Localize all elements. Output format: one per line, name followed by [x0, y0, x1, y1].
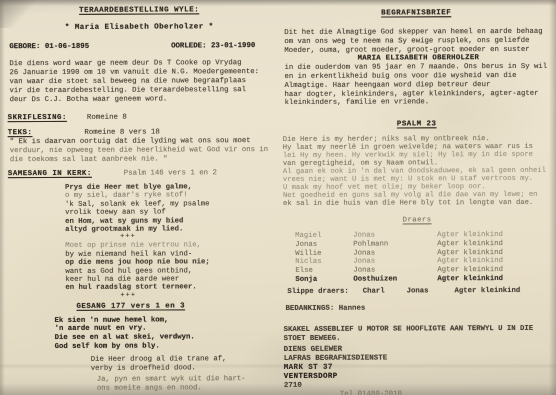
- page-content: TERAARDEBESTELLING WYLE: * Maria Elisabe…: [0, 0, 556, 395]
- last-name: Jonas: [353, 258, 437, 267]
- samesang-label: SAMESANG IN KERK:: [8, 170, 92, 178]
- teks-quote: " Ek is daarvan oortuig dat die lyding w…: [8, 137, 272, 165]
- gesang-heading: GESANG 177 vers 1 en 3: [76, 302, 272, 311]
- scan-edge-left: [0, 0, 5, 395]
- first-name: Magiel: [295, 232, 353, 241]
- samesang-value: Psalm 146 vers 1 en 2: [124, 169, 217, 177]
- text-line: en in erkentlikheid buig ons voor die wy…: [284, 72, 552, 82]
- table-row: NiclasJonasAgter kleinkind: [295, 257, 553, 267]
- pallbearers-table: MagielJonasAgter kleinkind JonasPohlmann…: [295, 231, 553, 284]
- headlights-notice: SKAKEL ASSEBLIEF U MOTOR SE HOOFLIGTE AA…: [282, 325, 554, 344]
- text-line: Moet op prinse nie vertrou nie,: [65, 241, 272, 250]
- teks-value: Romeine 8 vers 18: [84, 129, 159, 137]
- text-line: kleinkinders, familie en vriende.: [285, 98, 553, 108]
- document-title: TERAARDEBESTELLING WYLE:: [7, 6, 271, 15]
- last-name: Jonas: [353, 231, 437, 240]
- died-date: OORLEDE: 23-01-1990: [171, 42, 255, 50]
- psalm23-heading: PSALM 23: [281, 120, 553, 129]
- last-name: Pohlmann: [353, 240, 437, 249]
- scan-edge-top: [0, 0, 556, 6]
- skriflesing-row: SKRIFLESING:Romeine 8: [8, 113, 272, 122]
- text-line: o my siel, daar's ryke stof!: [65, 191, 272, 200]
- text-line: die toekoms sal laat aanbreek nie. ": [10, 155, 272, 165]
- bedankings-line: BEDANKINGS: Hannes: [285, 304, 553, 313]
- first-name: Else: [295, 267, 353, 276]
- skriflesing-value: Romeine 8: [87, 114, 127, 122]
- right-column: BEGRAFNISBRIEF Dit het die Almagtige God…: [280, 0, 554, 395]
- service-details-paragraph: Die diens word waar ge neem deur Ds T Co…: [7, 59, 271, 105]
- skriflesing-label: SKRIFLESING:: [8, 114, 67, 122]
- first-name: Charl: [363, 288, 385, 296]
- psalm146-verse2: Moet op prinse nie vertrou nie, by wie n…: [65, 241, 272, 292]
- table-row: SonjaOosthuizenAgter kleinkind: [295, 274, 553, 284]
- stanza-divider: +++: [120, 233, 272, 240]
- begrafnisbrief-title: BEGRAFNISBRIEF: [280, 9, 552, 18]
- last-name: Jonas: [407, 288, 429, 296]
- table-row: MagielJonasAgter kleinkind: [295, 231, 553, 241]
- relation: Agter kleinkind: [437, 257, 553, 266]
- text-line: God self kom by ons bly.: [55, 342, 273, 352]
- first-name: Willie: [295, 249, 353, 258]
- born-date: GEBORE: 01-06-1895: [9, 43, 89, 51]
- teks-row: TEKS:Romeine 8 vers 18: [8, 128, 272, 137]
- deceased-name: * Maria Elisabeth Oberholzer *: [7, 23, 271, 32]
- left-column: TERAARDEBESTELLING WYLE: * Maria Elisabe…: [7, 0, 273, 394]
- text-line: deur Ds C.J. Botha waar geneem word.: [10, 95, 272, 105]
- last-name: Jonas: [353, 266, 437, 275]
- psalm146-verse1: Prys die Heer met blye galme, o my siel,…: [65, 183, 272, 234]
- slip-bearers-row: Slippe draers:CharlJonasAgter kleinkind: [287, 287, 553, 296]
- scan-edge-bottom: [0, 383, 556, 395]
- draers-heading: Draers: [281, 216, 553, 225]
- gesang-verse1: Ek sien 'n nuwe hemel kom, 'n aarde nuut…: [55, 316, 273, 351]
- psalm23-text: Die Here is my herder; niks sal my ontbr…: [281, 135, 553, 208]
- relation: Agter kleinkind: [455, 287, 521, 295]
- text-line: SKAKEL ASSEBLIEF U MOTOR SE HOOFLIGTE AA…: [284, 325, 554, 335]
- text-line: STOET BEWEEG.: [284, 334, 554, 344]
- stanza-divider: +++: [120, 292, 272, 299]
- text-line: ek sal in die huis van die Here bly tot …: [283, 199, 553, 208]
- intro-paragraph: Dit het die Almagtige God skepper van he…: [280, 28, 552, 108]
- dates-row: GEBORE: 01-06-1895 OORLEDE: 23-01-1990: [7, 42, 271, 51]
- samesang-row: SAMESANG IN KERK:Psalm 146 vers 1 en 2: [8, 169, 272, 178]
- relation: Agter kleinkind: [437, 274, 553, 283]
- first-name: Niclas: [295, 258, 353, 267]
- scan-edge-right: [549, 0, 556, 395]
- scanned-funeral-letter: TERAARDEBESTELLING WYLE: * Maria Elisabe…: [0, 0, 556, 395]
- teks-label: TEKS:: [8, 129, 33, 137]
- first-name: Jonas: [295, 241, 353, 250]
- slippe-label: Slippe draers:: [287, 288, 348, 296]
- last-name: Oosthuizen: [353, 275, 437, 284]
- paper-fold-line: [0, 363, 556, 369]
- last-name: Jonas: [353, 249, 437, 258]
- relation: Agter kleinkind: [437, 231, 553, 240]
- first-name: Sonja: [295, 275, 353, 284]
